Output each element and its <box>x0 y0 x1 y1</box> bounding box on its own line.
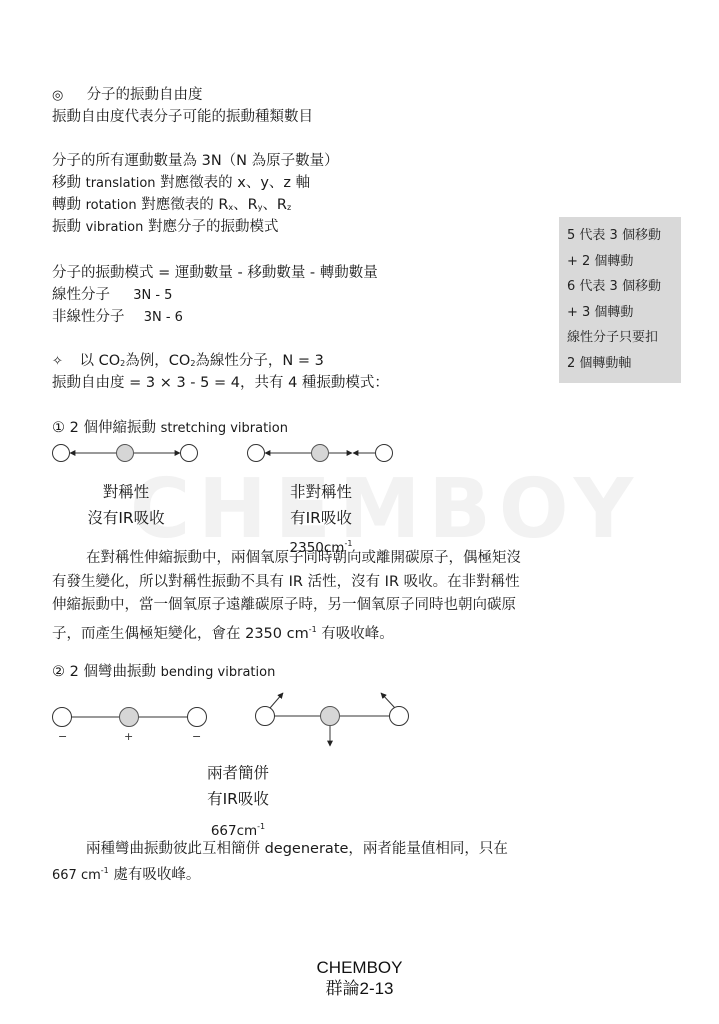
wavenumber-sup: -1 <box>257 822 265 831</box>
stretching-title: ① 2 個伸縮振動 stretching vibration <box>52 417 288 440</box>
bending-labels: 兩者簡併 有IR吸收 667cm-1 <box>178 760 298 844</box>
vibration-desc: 對應分子的振動模式 <box>148 219 279 235</box>
bending-wavenumber-sup: -1 <box>101 866 109 875</box>
bending-title: ② 2 個彎曲振動 bending vibration <box>52 661 275 684</box>
heading-subtitle: 振動自由度代表分子可能的振動種類數目 <box>52 106 313 128</box>
heading-title: 分子的振動自由度 <box>87 87 203 103</box>
note-line: + 2 個轉動 <box>567 249 681 275</box>
bullseye-icon: ◎ <box>52 88 63 103</box>
sidebar-note: 5 代表 3 個移動 + 2 個轉動 6 代表 3 個移動 + 3 個轉動 線性… <box>559 217 681 383</box>
circled-two-icon: ② <box>52 664 65 680</box>
bending-title-zh: 2 個彎曲振動 <box>70 664 156 680</box>
note-line: 6 代表 3 個移動 <box>567 274 681 300</box>
symmetric-labels: 對稱性 沒有IR吸收 <box>66 479 186 531</box>
bending-paragraph-line1: 兩種彎曲振動彼此互相簡併 degenerate，兩者能量值相同，只在 <box>86 838 508 860</box>
wavenumber-value: 667cm <box>211 823 257 839</box>
asymmetric-stretch-diagram <box>247 443 397 463</box>
bending-wavenumber: 667 cm <box>52 868 101 883</box>
sign-minus-right: − <box>192 730 201 743</box>
nonlinear-label: 非線性分子 <box>52 309 125 325</box>
bending-title-en: bending vibration <box>161 665 276 680</box>
circled-one-icon: ① <box>52 420 65 436</box>
ry-label: 、R <box>233 197 258 213</box>
vibration-line: 振動 vibration 對應分子的振動模式 <box>52 216 279 239</box>
note-line: 線性分子只要扣 <box>567 325 681 351</box>
stretching-title-en: stretching vibration <box>161 421 288 436</box>
linear-molecule-line: 線性分子 3N - 5 <box>52 284 172 307</box>
page-number: 群論2-13 <box>0 978 719 999</box>
rotation-en: rotation <box>86 198 137 213</box>
co2-text-c: 為線性分子，N = 3 <box>195 353 323 369</box>
rx-label: R <box>218 197 228 213</box>
co2-text-b: 為例，CO <box>125 353 190 369</box>
sign-plus: + <box>124 730 133 743</box>
degenerate-label: 兩者簡併 <box>178 760 298 786</box>
section-heading: ◎ 分子的振動自由度 <box>52 84 203 107</box>
bending-diagram-arrows <box>255 688 415 750</box>
bending-diagram-in-plane <box>52 706 212 728</box>
linear-value: 3N - 5 <box>133 288 172 303</box>
sparkle-icon: ✧ <box>52 354 63 369</box>
note-line: 2 個轉動軸 <box>567 351 681 377</box>
asymmetric-label: 非對稱性 <box>261 479 381 505</box>
symmetric-stretch-diagram <box>52 443 202 463</box>
stretching-paragraph-sup: -1 <box>309 625 317 634</box>
symmetric-label: 對稱性 <box>66 479 186 505</box>
degrees-of-freedom-line: 振動自由度 = 3 × 3 - 5 = 4，共有 4 種振動模式： <box>52 372 389 394</box>
footer-brand: CHEMBOY <box>0 957 719 978</box>
sign-minus-left: − <box>58 730 67 743</box>
stretching-title-zh: 2 個伸縮振動 <box>70 420 156 436</box>
translation-en: translation <box>86 176 156 191</box>
rz-sub: z <box>287 203 291 212</box>
stretching-paragraph-text: 在對稱性伸縮振動中，兩個氧原子同時朝向或離開碳原子，偶極矩沒有發生變化，所以對稱… <box>52 550 521 642</box>
translation-desc: 對應徵表的 x、y、z 軸 <box>160 175 310 191</box>
note-line: + 3 個轉動 <box>567 300 681 326</box>
note-line: 5 代表 3 個移動 <box>567 223 681 249</box>
bending-paragraph-line2: 667 cm-1 處有吸收峰。 <box>52 860 200 887</box>
translation-line: 移動 translation 對應徵表的 x、y、z 軸 <box>52 172 310 195</box>
no-ir-absorption-label: 沒有IR吸收 <box>66 505 186 531</box>
ir-absorption-label: 有IR吸收 <box>261 505 381 531</box>
nonlinear-value: 3N - 6 <box>144 310 183 325</box>
co2-text-a: 以 CO <box>80 353 121 369</box>
stretching-paragraph: 在對稱性伸縮振動中，兩個氧原子同時朝向或離開碳原子，偶極矩沒有發生變化，所以對稱… <box>52 547 532 646</box>
bending-paragraph-end: 處有吸收峰。 <box>109 867 201 883</box>
nonlinear-molecule-line: 非線性分子 3N - 6 <box>52 306 183 329</box>
linear-label: 線性分子 <box>52 287 110 303</box>
rotation-desc: 對應徵表的 <box>141 197 218 213</box>
translation-zh: 移動 <box>52 175 81 191</box>
ir-absorption-label: 有IR吸收 <box>178 786 298 812</box>
rotation-zh: 轉動 <box>52 197 81 213</box>
vibration-en: vibration <box>86 220 144 235</box>
rz-label: 、R <box>262 197 287 213</box>
stretching-paragraph-end: 有吸收峰。 <box>317 626 394 642</box>
vibration-mode-formula: 分子的振動模式 = 運動數量 - 移動數量 - 轉動數量 <box>52 262 378 284</box>
motion-total-line: 分子的所有運動數量為 3N（N 為原子數量） <box>52 150 339 172</box>
vibration-zh: 振動 <box>52 219 81 235</box>
